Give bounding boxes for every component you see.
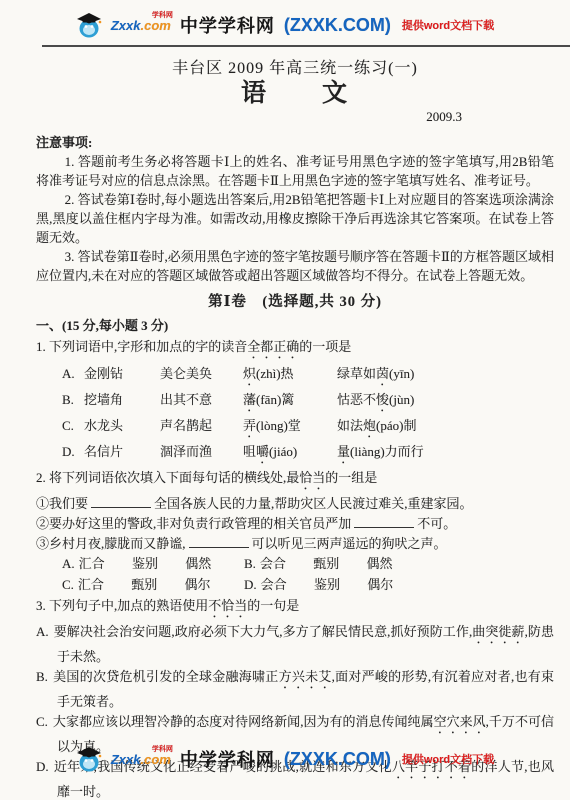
zxxk-logo-text: Zxxk — [111, 752, 141, 767]
subject-title: 语 文 — [36, 84, 554, 103]
option-label: C. — [62, 415, 84, 441]
footer-site-banner: Zxxk.com 学科网 中学学科网(ZXXK.COM) 提供word文档下载 — [0, 734, 570, 776]
zxxk-logo-com: .com — [141, 18, 171, 33]
exam-title: 丰台区 2009 年高三统一练习(一) — [36, 59, 554, 78]
question-1-option-c: C. 水龙头 声名鹊起 弄(lòng)堂 如法炮(páo)制 — [62, 415, 554, 441]
question-3-option-a: A.要解决社会治安问题,政府必须下大力气,多方了解民情民意,抓好预防工作,曲突徙… — [36, 622, 554, 666]
site-domain: (ZXXK.COM) — [284, 749, 391, 770]
zxxk-logo-text: Zxxk — [111, 18, 141, 33]
site-domain: (ZXXK.COM) — [284, 15, 391, 36]
question-2-sentence-2: ②要办好这里的警政,非对负责行政管理的相关官员严加不可。 — [36, 514, 554, 534]
option-word-2: 声名鹊起 — [160, 415, 243, 441]
question-1-option-d: D. 名信片 涸泽而渔 咀嚼(jiáo) 量(liàng)力而行 — [62, 441, 554, 467]
option-label: C. — [62, 577, 74, 592]
notes-heading: 注意事项: — [36, 133, 554, 152]
zxxk-logo: Zxxk.com 学科网 — [111, 19, 171, 32]
option-word-2: 出其不意 — [160, 389, 243, 415]
question-1-stem: 1. 下列词语中,字形和加点的字的读音全都正确的一项是 — [36, 337, 554, 362]
option-word-4: 绿草如茵(yīn) — [337, 363, 554, 389]
note-item-1: 1. 答题前考生务必将答题卡Ⅰ上的姓名、准考证号用黑色字迹的签字笔填写,用2B铅… — [36, 152, 554, 190]
question-2-sentence-3: ③乡村月夜,朦胧而又静谧,可以听见三两声遥远的狗吠之声。 — [36, 534, 554, 554]
site-name: 中学学科网 — [180, 12, 275, 38]
header-divider — [42, 45, 570, 47]
question-3-option-b: B.美国的次贷危机引发的全球金融海啸正方兴未艾,面对严峻的形势,有沉着应对者,也… — [36, 667, 554, 711]
option-word-1: 名信片 — [84, 441, 160, 467]
option-label: C. — [36, 714, 48, 729]
option-word-3: 咀嚼(jiáo) — [243, 441, 337, 467]
footer: Zxxk.com 学科网 中学学科网(ZXXK.COM) 提供word文档下载 — [0, 734, 570, 776]
option-word-2: 涸泽而渔 — [160, 441, 243, 467]
part-one-heading: 一、(15 分,每小题 3 分) — [36, 316, 554, 335]
question-2-sentence-1: ①我们要全国各族人民的力量,帮助灾区人民渡过难关,重建家园。 — [36, 494, 554, 514]
note-item-2: 2. 答试卷第Ⅰ卷时,每小题选出答案后,用2B铅笔把答题卡Ⅰ上对应题目的答案选项… — [36, 190, 554, 247]
question-2-option-a: A.汇合鉴别偶然 — [62, 554, 244, 575]
option-word-1: 挖墙角 — [84, 389, 160, 415]
option-label: D. — [62, 441, 84, 467]
option-words: 会合甄别偶然 — [260, 556, 393, 571]
scanned-exam-page: Zxxk.com 学科网 中学学科网(ZXXK.COM) 提供word文档下载 … — [0, 0, 570, 800]
option-label: D. — [244, 577, 257, 592]
question-1-option-a: A. 金刚钻 美仑美奂 炽(zhì)热 绿草如茵(yīn) — [62, 363, 554, 389]
section-one-heading: 第Ⅰ卷 (选择题,共 30 分) — [36, 293, 554, 312]
question-2-option-d: D.会合鉴别偶尔 — [244, 575, 554, 596]
option-label: B. — [62, 389, 84, 415]
question-2-option-c: C.汇合甄别偶尔 — [62, 575, 244, 596]
option-label: A. — [62, 363, 84, 389]
option-label: A. — [62, 556, 75, 571]
zxxk-logo-com: .com — [141, 752, 171, 767]
option-word-4: 如法炮(páo)制 — [337, 415, 554, 441]
word-download-link[interactable]: 提供word文档下载 — [402, 751, 494, 767]
option-word-1: 水龙头 — [84, 415, 160, 441]
option-word-4: 量(liàng)力而行 — [337, 441, 554, 467]
zxxk-logo-tagline: 学科网 — [152, 12, 173, 19]
option-word-1: 金刚钻 — [84, 363, 160, 389]
question-1-option-b: B. 挖墙角 出其不意 藩(fān)篱 怙恶不悛(jùn) — [62, 389, 554, 415]
option-word-2: 美仑美奂 — [160, 363, 243, 389]
site-name: 中学学科网 — [180, 746, 275, 772]
question-1-options: A. 金刚钻 美仑美奂 炽(zhì)热 绿草如茵(yīn) B. 挖墙角 出其不… — [62, 363, 554, 467]
header-site-banner: Zxxk.com 学科网 中学学科网(ZXXK.COM) 提供word文档下载 — [0, 0, 570, 42]
option-text: 美国的次贷危机引发的全球金融海啸正方兴未艾,面对严峻的形势,有沉着应对者,也有束… — [53, 669, 554, 709]
word-download-link[interactable]: 提供word文档下载 — [402, 17, 494, 33]
note-item-3: 3. 答试卷第Ⅱ卷时,必须用黑色字迹的签字笔按题号顺序答在答题卡Ⅱ的方框答题区域… — [36, 247, 554, 285]
option-word-3: 炽(zhì)热 — [243, 363, 337, 389]
option-words: 汇合甄别偶尔 — [78, 577, 211, 592]
zxxk-logo-tagline: 学科网 — [152, 746, 173, 753]
exam-date: 2009.3 — [36, 107, 554, 126]
option-label: A. — [36, 624, 49, 639]
option-word-4: 怙恶不悛(jùn) — [337, 389, 554, 415]
question-2-stem: 2. 将下列词语依次填入下面每句话的横线处,最恰当的一组是 — [36, 468, 554, 493]
option-text: 要解决社会治安问题,政府必须下大力气,多方了解民情民意,抓好预防工作,曲突徙薪,… — [54, 624, 554, 664]
option-word-3: 弄(lòng)堂 — [243, 415, 337, 441]
question-3-stem: 3. 下列句子中,加点的熟语使用不恰当的一句是 — [36, 596, 554, 621]
question-2-option-b: B.会合甄别偶然 — [244, 554, 554, 575]
option-label: B. — [36, 669, 48, 684]
option-word-3: 藩(fān)篱 — [243, 389, 337, 415]
zxxk-logo: Zxxk.com 学科网 — [111, 753, 171, 766]
question-2-options: A.汇合鉴别偶然 B.会合甄别偶然 C.汇合甄别偶尔 D.会合鉴别偶尔 — [62, 554, 554, 595]
option-words: 会合鉴别偶尔 — [261, 577, 394, 592]
option-words: 汇合鉴别偶然 — [79, 556, 212, 571]
zxxk-mascot-icon — [76, 746, 102, 772]
zxxk-mascot-icon — [76, 12, 102, 38]
exam-content: 丰台区 2009 年高三统一练习(一) 语 文 2009.3 注意事项: 1. … — [0, 59, 570, 800]
option-label: B. — [244, 556, 256, 571]
